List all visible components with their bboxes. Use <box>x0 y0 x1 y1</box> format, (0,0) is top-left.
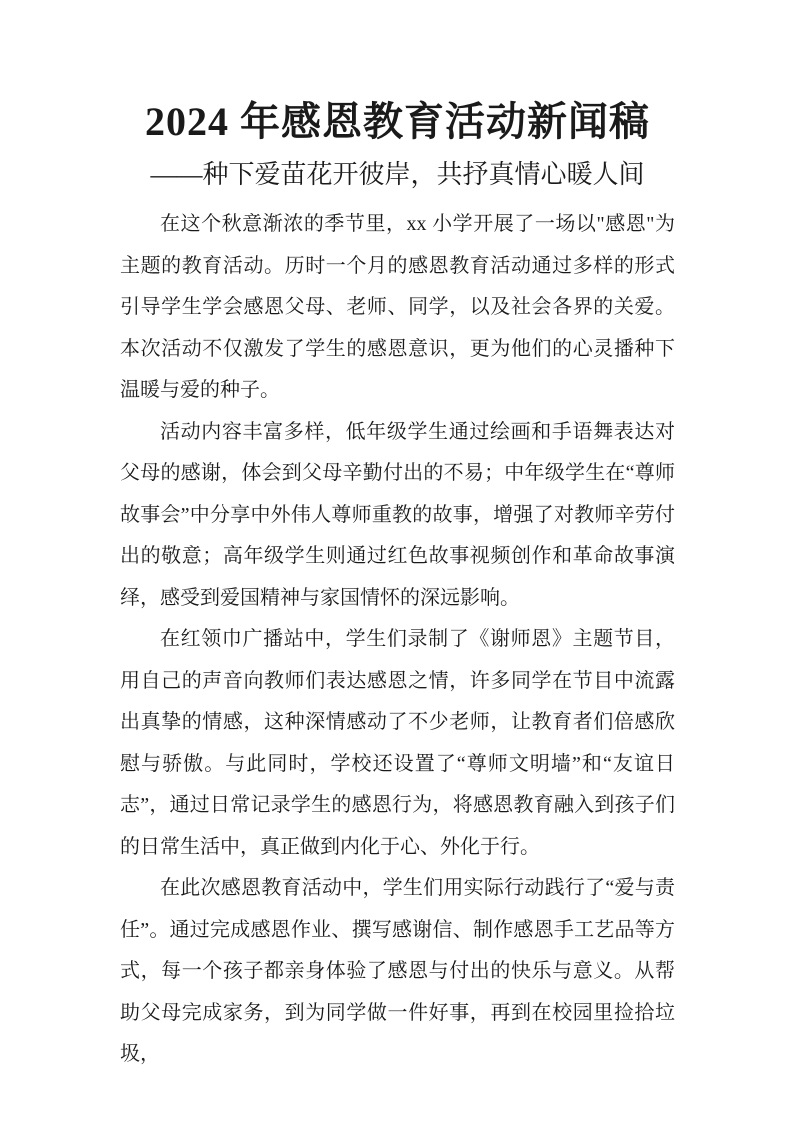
paragraph-intro: 在这个秋意渐浓的季节里，xx 小学开展了一场以"感恩"为主题的教育活动。历时一个… <box>120 204 675 412</box>
document-title: 2024 年感恩教育活动新闻稿 <box>120 96 675 148</box>
paragraph-love-responsibility: 在此次感恩教育活动中，学生们用实际行动践行了“爱与责任”。通过完成感恩作业、撰写… <box>120 868 675 1076</box>
document-body: 在这个秋意渐浓的季节里，xx 小学开展了一场以"感恩"为主题的教育活动。历时一个… <box>120 204 675 1076</box>
paragraph-broadcast-station: 在红领巾广播站中，学生们录制了《谢师恩》主题节目，用自己的声音向教师们表达感恩之… <box>120 619 675 868</box>
document-page: 2024 年感恩教育活动新闻稿 ——种下爱苗花开彼岸，共抒真情心暖人间 在这个秋… <box>0 0 793 1122</box>
paragraph-activity-content: 活动内容丰富多样，低年级学生通过绘画和手语舞表达对父母的感谢，体会到父母辛勤付出… <box>120 412 675 620</box>
document-subtitle: ——种下爱苗花开彼岸，共抒真情心暖人间 <box>120 156 675 194</box>
